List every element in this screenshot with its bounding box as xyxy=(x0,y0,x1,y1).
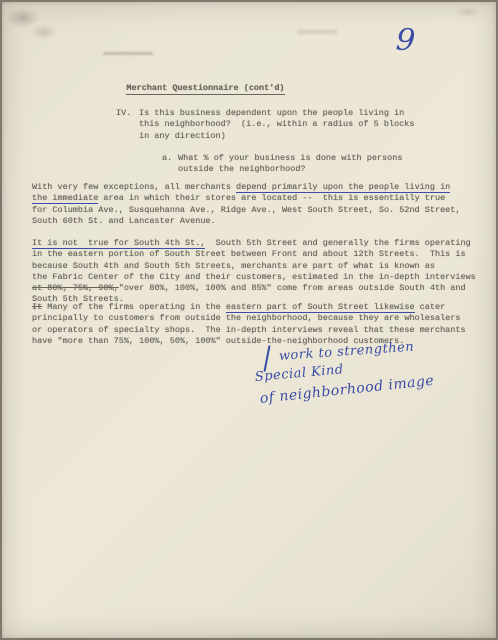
document-title: Merchant Questionnaire (cont'd) xyxy=(126,83,284,95)
corner-stain xyxy=(6,8,40,28)
text-line: the immediate area in which their stores… xyxy=(32,193,460,204)
text-segment: South 60th St. and Lancaster Avenue. xyxy=(32,216,216,226)
text-line: What % of your business is done with per… xyxy=(178,153,402,164)
handwritten-note-line-2: Special Kind xyxy=(254,363,344,385)
text-segment: or operators of specialty shops. The in-… xyxy=(32,325,466,335)
paragraph-2: It is not true for South 4th St., South … xyxy=(32,238,476,306)
smudge-mark xyxy=(103,52,153,55)
text-line: Is this business dependent upon the peop… xyxy=(139,108,414,119)
text-line: this neighborhood? (i.e., within a radiu… xyxy=(139,119,414,130)
struck-text: at 80%, 75%, 90%, xyxy=(32,283,119,293)
text-line: in the eastern portion of South Street b… xyxy=(32,249,476,260)
edge-stain xyxy=(454,6,480,18)
text-segment: With very few exceptions, all merchants xyxy=(32,182,236,192)
question-iv-block: IV. Is this business dependent upon the … xyxy=(116,108,414,142)
question-iva-block: a. What % of your business is done with … xyxy=(162,153,402,176)
corner-stain xyxy=(30,24,58,40)
document-header: Merchant Questionnaire (cont'd) xyxy=(106,72,285,106)
text-line: principally to customers from outside th… xyxy=(32,313,466,324)
text-line: It Many of the firms operating in the ea… xyxy=(32,302,466,313)
pen-underlined-text: depend primarily upon the people living … xyxy=(236,182,450,193)
text-line: It is not true for South 4th St., South … xyxy=(32,238,476,249)
text-segment: principally to customers from outside th… xyxy=(32,313,460,323)
text-segment: "over 80%, 100%, 100% and 85%" come from… xyxy=(119,283,466,293)
subquestion-label: a. xyxy=(162,153,178,176)
text-segment: area in which their stores are located -… xyxy=(98,193,445,203)
faint-mark xyxy=(297,30,337,34)
text-line: in any direction) xyxy=(139,131,414,142)
scanned-document-page: 9 Merchant Questionnaire (cont'd) IV. Is… xyxy=(2,2,496,638)
text-segment: in the eastern portion of South Street b… xyxy=(32,249,466,259)
struck-text: It xyxy=(32,302,42,312)
question-text: Is this business dependent upon the peop… xyxy=(139,108,414,142)
text-segment: for Columbia Ave., Susquehanna Ave., Rid… xyxy=(32,205,460,215)
text-segment: Many of the firms operating in the xyxy=(42,302,226,312)
pen-underlined-text: the immediate xyxy=(32,193,98,204)
text-line: With very few exceptions, all merchants … xyxy=(32,182,460,193)
text-line: because South 4th and South 5th Streets,… xyxy=(32,261,476,272)
text-line: the Fabric Center of the City and their … xyxy=(32,272,476,283)
text-line: outside the neighborhood? xyxy=(178,164,402,175)
handwritten-page-number: 9 xyxy=(395,25,416,56)
text-line: for Columbia Ave., Susquehanna Ave., Rid… xyxy=(32,205,460,216)
text-line: or operators of specialty shops. The in-… xyxy=(32,325,466,336)
question-roman-numeral: IV. xyxy=(116,108,139,142)
paragraph-1: With very few exceptions, all merchants … xyxy=(32,182,460,227)
text-line: South 60th St. and Lancaster Avenue. xyxy=(32,216,460,227)
subquestion-text: What % of your business is done with per… xyxy=(178,153,402,176)
pen-underlined-text: It is not true for South 4th St., xyxy=(32,238,205,249)
text-line: at 80%, 75%, 90%,"over 80%, 100%, 100% a… xyxy=(32,283,476,294)
text-segment: the Fabric Center of the City and their … xyxy=(32,272,476,282)
pen-underlined-text: eastern part of South Street likewise xyxy=(226,302,415,313)
text-segment: because South 4th and South 5th Streets,… xyxy=(32,261,435,271)
text-segment: cater xyxy=(415,302,446,312)
text-segment: South 5th Street and generally the firms… xyxy=(205,238,470,248)
